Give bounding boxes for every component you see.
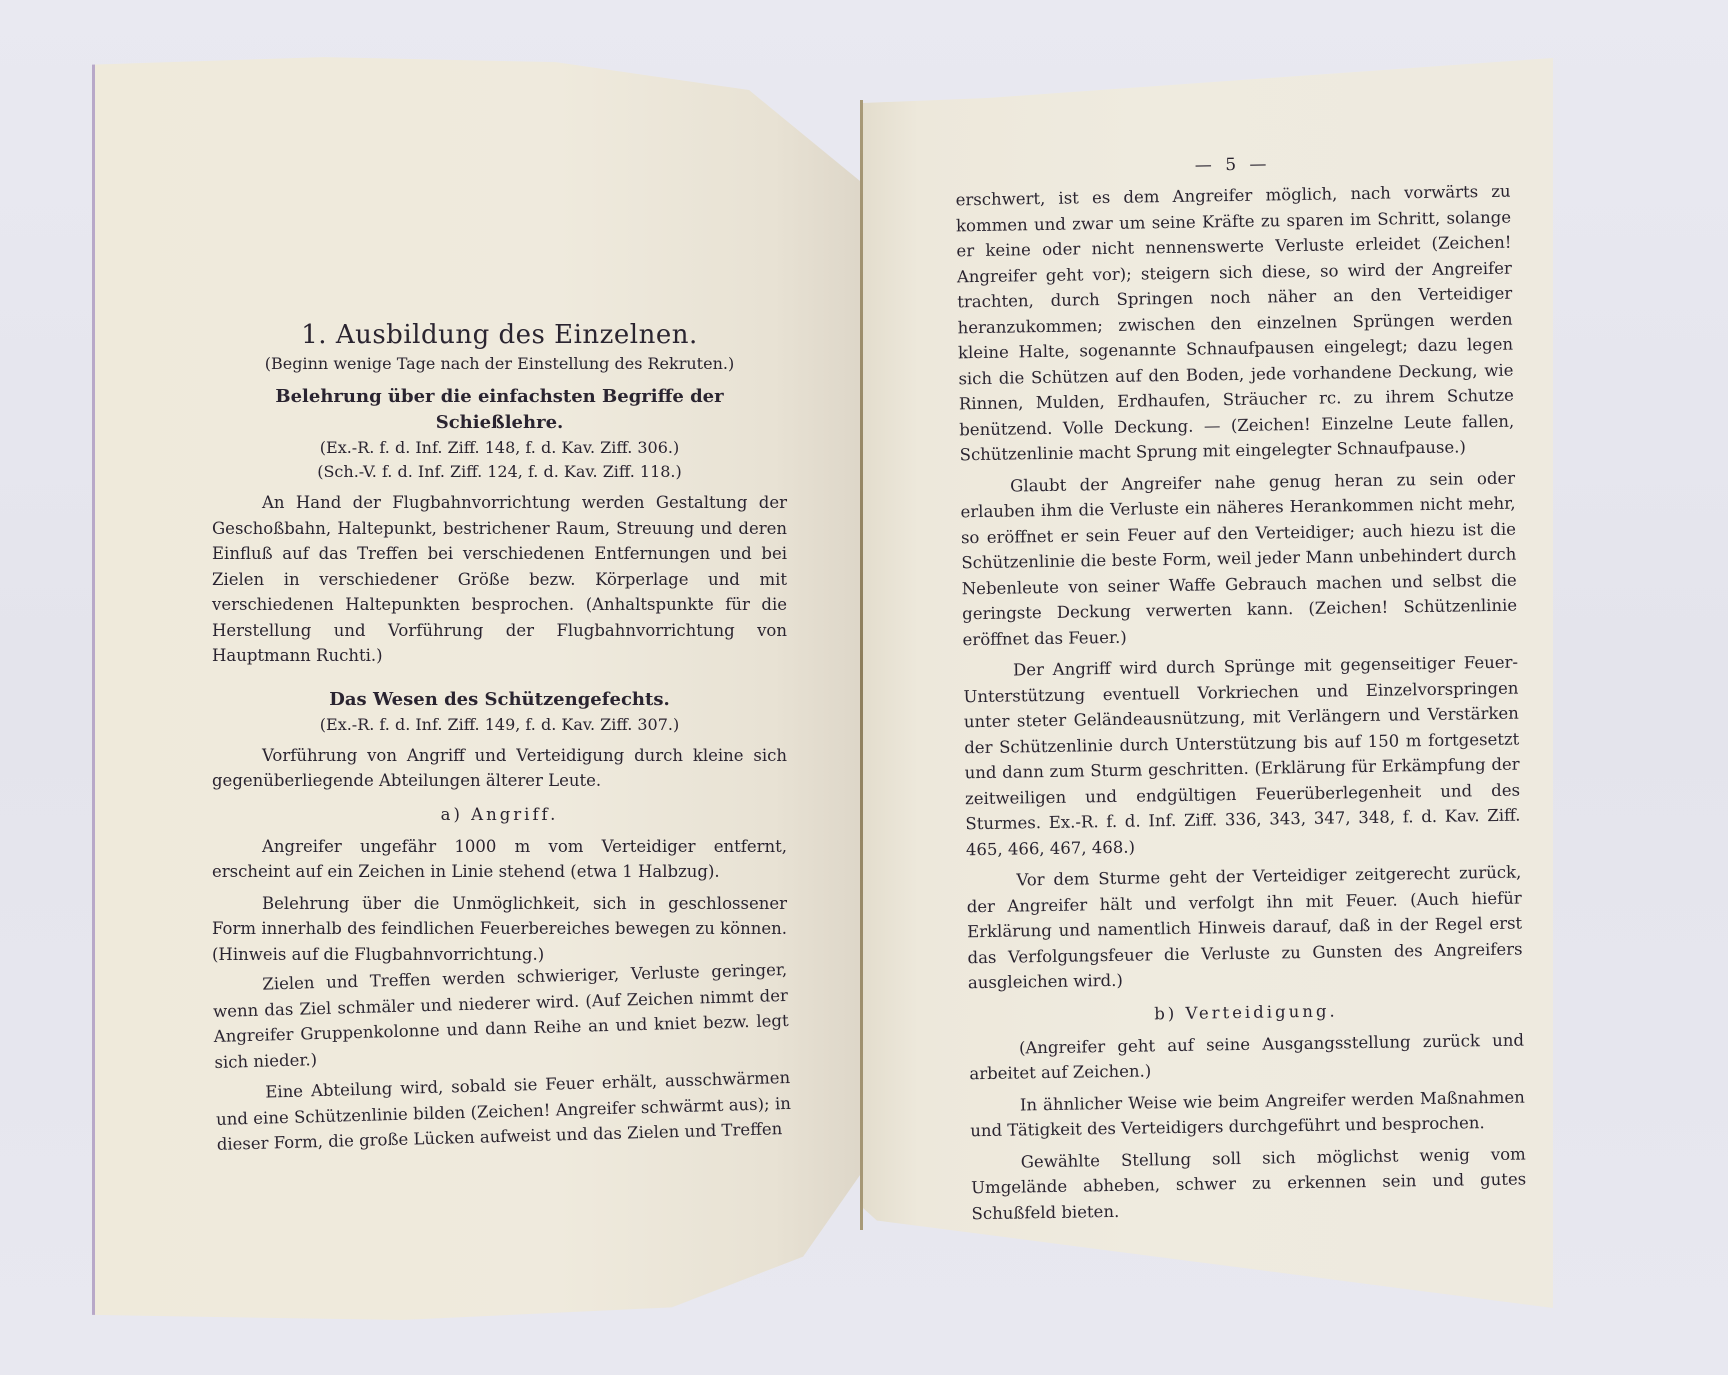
subheading-angriff: a) Angriff.: [212, 802, 787, 828]
paragraph: (Angreifer geht auf seine Ausgangsstellu…: [969, 1027, 1525, 1087]
chapter-note: (Beginn wenige Tage nach der Einstellung…: [212, 352, 787, 376]
right-page-text: — 5 — erschwert, ist es dem Angreifer mö…: [955, 151, 1527, 1227]
book-gutter: [860, 100, 863, 1230]
section-heading-schiesslehre: Belehrung über die einfachsten Begriffe …: [212, 384, 787, 436]
paragraph: Der Angriff wird durch Sprünge mit gegen…: [963, 650, 1521, 863]
section-reference: (Ex.-R. f. d. Inf. Ziff. 149, f. d. Kav.…: [212, 713, 787, 737]
curved-lower-text: Zielen und Treffen werden schwieriger, V…: [212, 957, 792, 1157]
paragraph: An Hand der Flugbahnvorrichtung werden G…: [212, 490, 787, 669]
section-heading-schuetzengefecht: Das Wesen des Schützengefechts.: [212, 687, 787, 713]
subheading-verteidigung: b) Verteidigung.: [968, 995, 1523, 1030]
open-book: 1. Ausbildung des Einzelnen. (Beginn wen…: [0, 0, 1728, 1375]
paragraph: Gewählte Stellung soll sich möglichst we…: [971, 1141, 1527, 1226]
paragraph: Belehrung über die Unmöglichkeit, sich i…: [212, 891, 787, 968]
left-page-text: 1. Ausbildung des Einzelnen. (Beginn wen…: [212, 320, 787, 1158]
paragraph: Angreifer ungefähr 1000 m vom Verteidige…: [212, 834, 787, 885]
paragraph: Vor dem Sturme geht der Verteidiger zeit…: [966, 860, 1523, 996]
paragraph: erschwert, ist es dem Angreifer möglich,…: [955, 179, 1514, 468]
paragraph: Eine Abteilung wird, sobald sie Feuer er…: [215, 1065, 792, 1158]
paragraph: Glaubt der Angreifer nahe genug heran zu…: [960, 465, 1518, 652]
chapter-title: 1. Ausbildung des Einzelnen.: [212, 320, 787, 350]
section-reference: (Ex.-R. f. d. Inf. Ziff. 148, f. d. Kav.…: [212, 436, 787, 460]
paragraph: Vorführung von Angriff und Verteidigung …: [212, 743, 787, 794]
section-reference: (Sch.-V. f. d. Inf. Ziff. 124, f. d. Kav…: [212, 460, 787, 484]
paragraph: Zielen und Treffen werden schwieriger, V…: [212, 957, 790, 1075]
paragraph: In ähnlicher Weise wie beim Angreifer we…: [970, 1084, 1526, 1144]
